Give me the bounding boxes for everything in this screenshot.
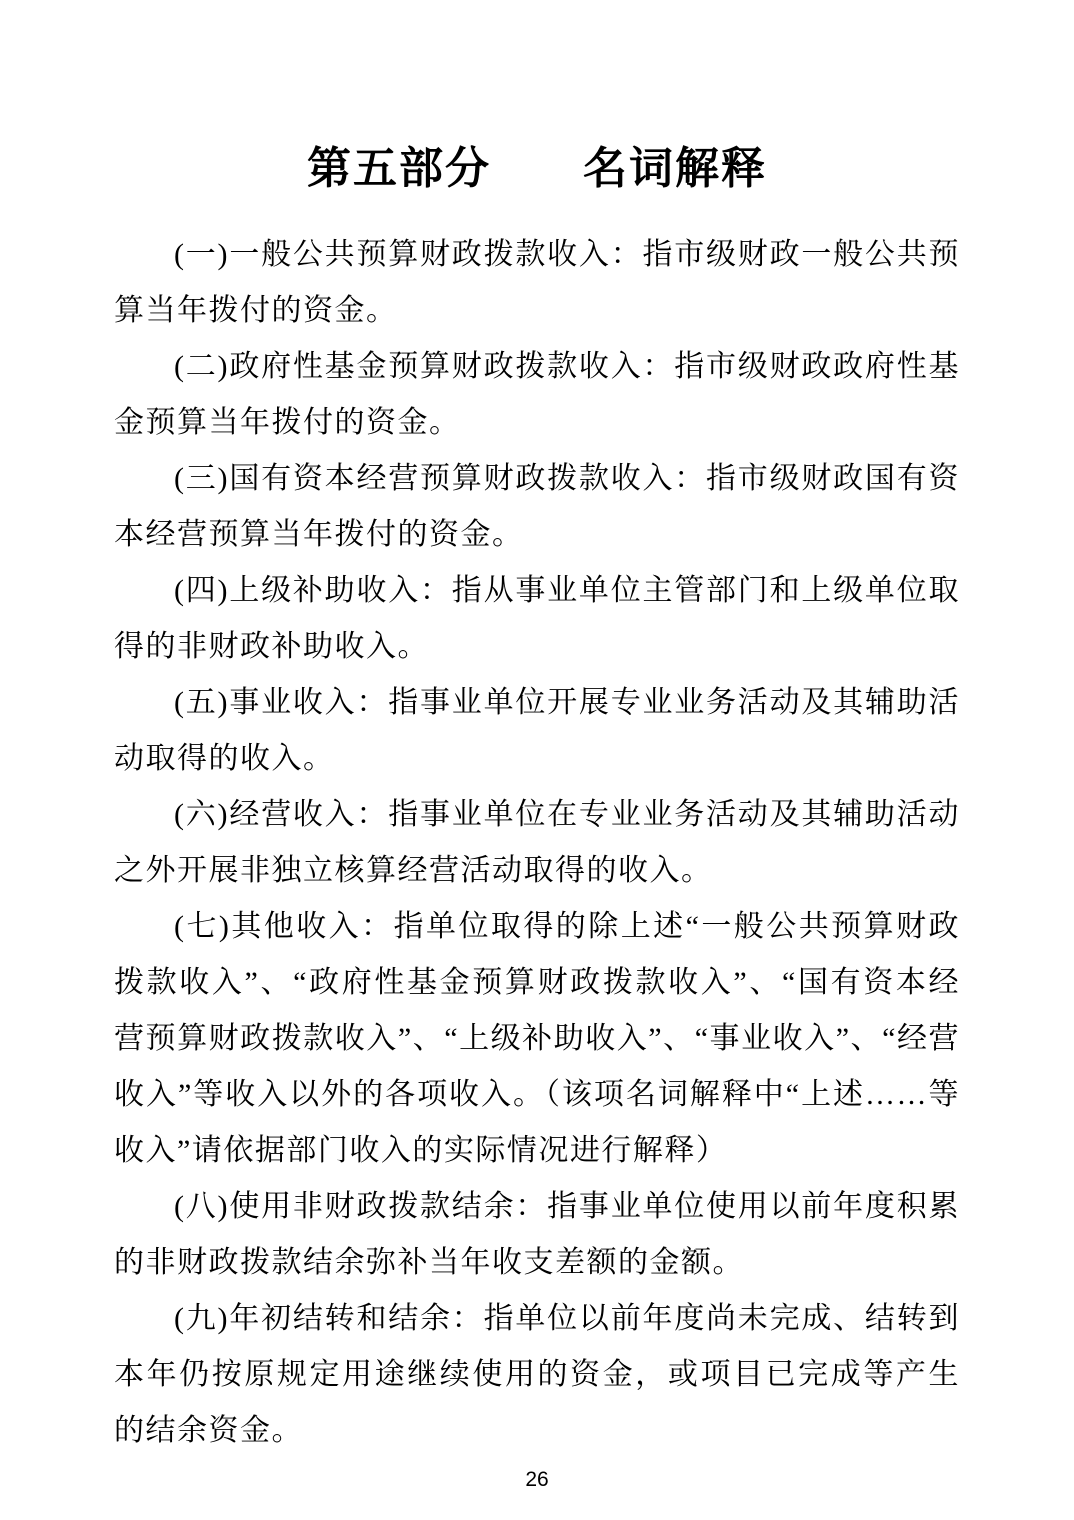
paragraph-8-non-fiscal-balance-usage: (八)使用非财政拨款结余：指事业单位使用以前年度积累的非财政拨款结余弥补当年收支… (114, 1179, 960, 1291)
paragraph-5-institution-income: (五)事业收入：指事业单位开展专业业务活动及其辅助活动取得的收入。 (114, 675, 960, 787)
paragraph-6-operating-income: (六)经营收入：指事业单位在专业业务活动及其辅助活动之外开展非独立核算经营活动取… (114, 787, 960, 899)
document-page: 第五部分 名词解释 (一)一般公共预算财政拨款收入：指市级财政一般公共预算当年拨… (0, 0, 1074, 1520)
document-body: (一)一般公共预算财政拨款收入：指市级财政一般公共预算当年拨付的资金。 (二)政… (114, 227, 960, 1459)
paragraph-1-general-public-budget-income: (一)一般公共预算财政拨款收入：指市级财政一般公共预算当年拨付的资金。 (114, 227, 960, 339)
page-footer: 26 (0, 1468, 1074, 1492)
paragraph-9-carryover-and-balance: (九)年初结转和结余：指单位以前年度尚未完成、结转到本年仍按原规定用途继续使用的… (114, 1291, 960, 1459)
document-title: 第五部分 名词解释 (0, 0, 1074, 195)
paragraph-4-superior-subsidy-income: (四)上级补助收入：指从事业单位主管部门和上级单位取得的非财政补助收入。 (114, 563, 960, 675)
paragraph-7-other-income: (七)其他收入：指单位取得的除上述“一般公共预算财政拨款收入”、“政府性基金预算… (114, 899, 960, 1179)
page-number: 26 (525, 1468, 548, 1491)
paragraph-2-government-fund-budget-income: (二)政府性基金预算财政拨款收入：指市级财政政府性基金预算当年拨付的资金。 (114, 339, 960, 451)
paragraph-3-state-capital-budget-income: (三)国有资本经营预算财政拨款收入：指市级财政国有资本经营预算当年拨付的资金。 (114, 451, 960, 563)
